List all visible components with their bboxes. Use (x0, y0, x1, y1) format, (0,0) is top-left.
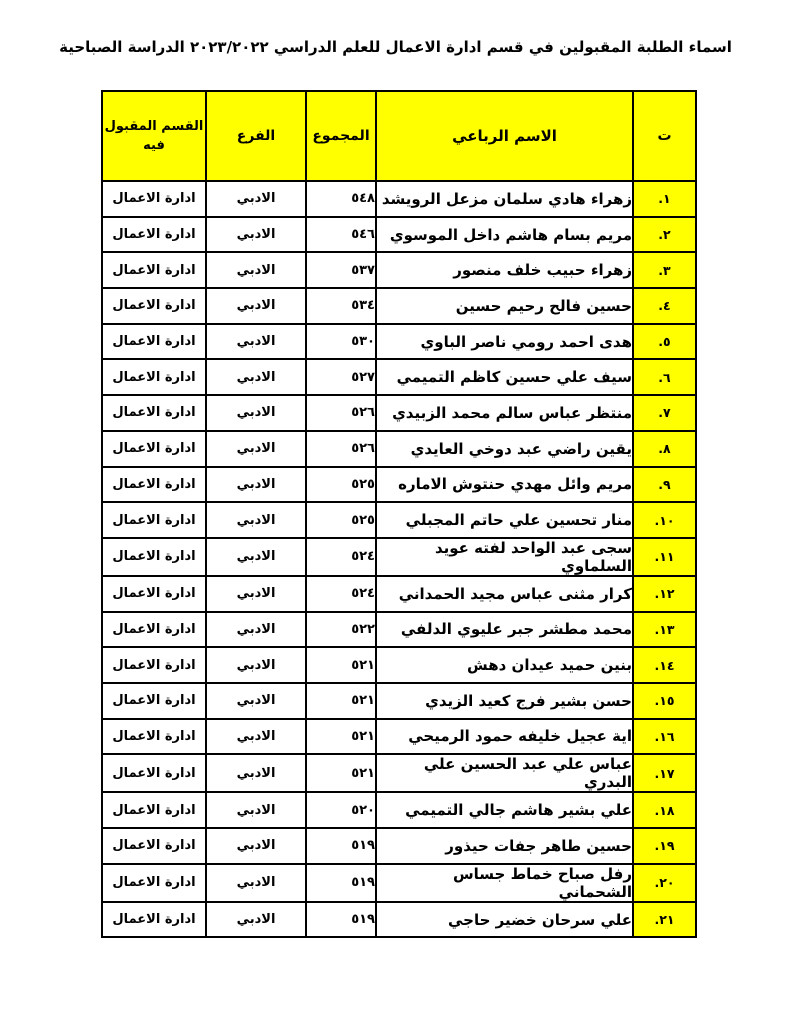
branch-cell: الادبي (206, 902, 306, 938)
total-score-cell: ٥٢١ (306, 683, 376, 719)
accepted-department-cell: ادارة الاعمال (102, 431, 206, 467)
students-table-container: ت الاسم الرباعي المجموع الفرع القسم المق… (101, 90, 697, 938)
student-name-cell: بنين حميد عيدان دهش (376, 647, 633, 683)
branch-cell: الادبي (206, 683, 306, 719)
total-score-cell: ٥٢١ (306, 719, 376, 755)
accepted-department-cell: ادارة الاعمال (102, 576, 206, 612)
table-row: ٢.مريم بسام هاشم داخل الموسوي٥٤٦الادبياد… (102, 217, 696, 253)
table-header-row: ت الاسم الرباعي المجموع الفرع القسم المق… (102, 91, 696, 181)
row-number-cell: ٥. (633, 324, 696, 360)
accepted-department-cell: ادارة الاعمال (102, 359, 206, 395)
student-name-cell: علي بشير هاشم جالي التميمي (376, 792, 633, 828)
row-number-cell: ١٨. (633, 792, 696, 828)
row-number-cell: ١٠. (633, 502, 696, 538)
total-score-cell: ٥٢٦ (306, 395, 376, 431)
table-row: ٢٠.رفل صباح خماط جساس الشحماني٥١٩الادبيا… (102, 864, 696, 902)
student-name-cell: حسين فالح رحيم حسين (376, 288, 633, 324)
student-name-cell: علي سرحان خضير حاجي (376, 902, 633, 938)
student-name-cell: رفل صباح خماط جساس الشحماني (376, 864, 633, 902)
row-number-cell: ٩. (633, 467, 696, 503)
table-row: ٧.منتظر عباس سالم محمد الزبيدي٥٢٦الادبيا… (102, 395, 696, 431)
accepted-department-cell: ادارة الاعمال (102, 181, 206, 217)
branch-cell: الادبي (206, 288, 306, 324)
row-number-cell: ١٤. (633, 647, 696, 683)
accepted-department-cell: ادارة الاعمال (102, 754, 206, 792)
total-score-cell: ٥٣٠ (306, 324, 376, 360)
student-name-cell: هدى احمد رومي ناصر الباوي (376, 324, 633, 360)
student-name-cell: مريم بسام هاشم داخل الموسوي (376, 217, 633, 253)
row-number-cell: ١٢. (633, 576, 696, 612)
students-table: ت الاسم الرباعي المجموع الفرع القسم المق… (101, 90, 697, 938)
student-name-cell: زهراء هادي سلمان مزعل الرويشد (376, 181, 633, 217)
student-name-cell: سيف علي حسين كاظم التميمي (376, 359, 633, 395)
total-score-cell: ٥٢٦ (306, 431, 376, 467)
student-name-cell: مريم وائل مهدي حنتوش الاماره (376, 467, 633, 503)
table-row: ٥.هدى احمد رومي ناصر الباوي٥٣٠الادبيادار… (102, 324, 696, 360)
total-score-cell: ٥٢٤ (306, 576, 376, 612)
branch-cell: الادبي (206, 576, 306, 612)
branch-cell: الادبي (206, 719, 306, 755)
header-total-score: المجموع (306, 91, 376, 181)
branch-cell: الادبي (206, 324, 306, 360)
branch-cell: الادبي (206, 792, 306, 828)
student-name-cell: كرار مثنى عباس مجيد الحمداني (376, 576, 633, 612)
accepted-department-cell: ادارة الاعمال (102, 217, 206, 253)
header-full-name: الاسم الرباعي (376, 91, 633, 181)
branch-cell: الادبي (206, 612, 306, 648)
student-name-cell: حسين طاهر جفات حيذور (376, 828, 633, 864)
accepted-department-cell: ادارة الاعمال (102, 467, 206, 503)
table-row: ١٢.كرار مثنى عباس مجيد الحمداني٥٢٤الادبي… (102, 576, 696, 612)
total-score-cell: ٥٢٢ (306, 612, 376, 648)
total-score-cell: ٥١٩ (306, 902, 376, 938)
table-row: ١٥.حسن بشير فرج كعيد الزيدي٥٢١الادبيادار… (102, 683, 696, 719)
page-title: اسماء الطلبة المقبولين في قسم ادارة الاع… (0, 38, 791, 56)
student-name-cell: منتظر عباس سالم محمد الزبيدي (376, 395, 633, 431)
branch-cell: الادبي (206, 754, 306, 792)
table-row: ١٧.عباس علي عبد الحسين علي البدري٥٢١الاد… (102, 754, 696, 792)
total-score-cell: ٥٢١ (306, 647, 376, 683)
table-row: ٢١.علي سرحان خضير حاجي٥١٩الادبيادارة الا… (102, 902, 696, 938)
branch-cell: الادبي (206, 828, 306, 864)
table-row: ١٠.منار تحسين علي حاتم المجبلي٥٢٥الادبيا… (102, 502, 696, 538)
accepted-department-cell: ادارة الاعمال (102, 719, 206, 755)
total-score-cell: ٥٤٨ (306, 181, 376, 217)
student-name-cell: محمد مطشر جبر عليوي الدلفي (376, 612, 633, 648)
header-accepted-department: القسم المقبول فيه (102, 91, 206, 181)
student-name-cell: عباس علي عبد الحسين علي البدري (376, 754, 633, 792)
row-number-cell: ٧. (633, 395, 696, 431)
row-number-cell: ١٩. (633, 828, 696, 864)
header-branch: الفرع (206, 91, 306, 181)
table-row: ١١.سجى عبد الواحد لفته عويد السلماوي٥٢٤ا… (102, 538, 696, 576)
branch-cell: الادبي (206, 864, 306, 902)
accepted-department-cell: ادارة الاعمال (102, 647, 206, 683)
table-row: ١.زهراء هادي سلمان مزعل الرويشد٥٤٨الادبي… (102, 181, 696, 217)
total-score-cell: ٥٢٠ (306, 792, 376, 828)
accepted-department-cell: ادارة الاعمال (102, 864, 206, 902)
total-score-cell: ٥٢٤ (306, 538, 376, 576)
row-number-cell: ١. (633, 181, 696, 217)
row-number-cell: ٢. (633, 217, 696, 253)
row-number-cell: ١٥. (633, 683, 696, 719)
student-name-cell: حسن بشير فرج كعيد الزيدي (376, 683, 633, 719)
accepted-department-cell: ادارة الاعمال (102, 902, 206, 938)
total-score-cell: ٥٢٥ (306, 467, 376, 503)
table-row: ١٦.اية عجيل خليفه حمود الرميحي٥٢١الادبيا… (102, 719, 696, 755)
total-score-cell: ٥٤٦ (306, 217, 376, 253)
accepted-department-cell: ادارة الاعمال (102, 395, 206, 431)
branch-cell: الادبي (206, 359, 306, 395)
accepted-department-cell: ادارة الاعمال (102, 683, 206, 719)
table-row: ٤.حسين فالح رحيم حسين٥٣٤الادبيادارة الاع… (102, 288, 696, 324)
student-name-cell: منار تحسين علي حاتم المجبلي (376, 502, 633, 538)
table-row: ١٨.علي بشير هاشم جالي التميمي٥٢٠الادبياد… (102, 792, 696, 828)
student-name-cell: زهراء حبيب خلف منصور (376, 252, 633, 288)
student-name-cell: يقين راضي عبد دوخي العايدي (376, 431, 633, 467)
accepted-department-cell: ادارة الاعمال (102, 324, 206, 360)
header-serial: ت (633, 91, 696, 181)
table-row: ٩.مريم وائل مهدي حنتوش الاماره٥٢٥الادبيا… (102, 467, 696, 503)
accepted-department-cell: ادارة الاعمال (102, 792, 206, 828)
row-number-cell: ١١. (633, 538, 696, 576)
table-row: ١٤.بنين حميد عيدان دهش٥٢١الادبيادارة الا… (102, 647, 696, 683)
accepted-department-cell: ادارة الاعمال (102, 252, 206, 288)
accepted-department-cell: ادارة الاعمال (102, 502, 206, 538)
students-table-body: ١.زهراء هادي سلمان مزعل الرويشد٥٤٨الادبي… (102, 181, 696, 937)
accepted-department-cell: ادارة الاعمال (102, 288, 206, 324)
row-number-cell: ١٣. (633, 612, 696, 648)
branch-cell: الادبي (206, 538, 306, 576)
table-row: ٦.سيف علي حسين كاظم التميمي٥٢٧الادبيادار… (102, 359, 696, 395)
table-row: ١٩.حسين طاهر جفات حيذور٥١٩الادبيادارة ال… (102, 828, 696, 864)
branch-cell: الادبي (206, 467, 306, 503)
row-number-cell: ٢١. (633, 902, 696, 938)
row-number-cell: ١٦. (633, 719, 696, 755)
total-score-cell: ٥٢٧ (306, 359, 376, 395)
branch-cell: الادبي (206, 431, 306, 467)
row-number-cell: ١٧. (633, 754, 696, 792)
row-number-cell: ٣. (633, 252, 696, 288)
accepted-department-cell: ادارة الاعمال (102, 612, 206, 648)
row-number-cell: ٦. (633, 359, 696, 395)
branch-cell: الادبي (206, 395, 306, 431)
student-name-cell: اية عجيل خليفه حمود الرميحي (376, 719, 633, 755)
row-number-cell: ٤. (633, 288, 696, 324)
branch-cell: الادبي (206, 502, 306, 538)
branch-cell: الادبي (206, 217, 306, 253)
total-score-cell: ٥٢٥ (306, 502, 376, 538)
total-score-cell: ٥٢١ (306, 754, 376, 792)
total-score-cell: ٥١٩ (306, 864, 376, 902)
branch-cell: الادبي (206, 647, 306, 683)
student-name-cell: سجى عبد الواحد لفته عويد السلماوي (376, 538, 633, 576)
total-score-cell: ٥٣٧ (306, 252, 376, 288)
row-number-cell: ٢٠. (633, 864, 696, 902)
branch-cell: الادبي (206, 181, 306, 217)
table-row: ٨.يقين راضي عبد دوخي العايدي٥٢٦الادبيادا… (102, 431, 696, 467)
branch-cell: الادبي (206, 252, 306, 288)
total-score-cell: ٥١٩ (306, 828, 376, 864)
table-row: ١٣.محمد مطشر جبر عليوي الدلفي٥٢٢الادبياد… (102, 612, 696, 648)
accepted-department-cell: ادارة الاعمال (102, 538, 206, 576)
row-number-cell: ٨. (633, 431, 696, 467)
accepted-department-cell: ادارة الاعمال (102, 828, 206, 864)
table-row: ٣.زهراء حبيب خلف منصور٥٣٧الادبيادارة الا… (102, 252, 696, 288)
total-score-cell: ٥٣٤ (306, 288, 376, 324)
